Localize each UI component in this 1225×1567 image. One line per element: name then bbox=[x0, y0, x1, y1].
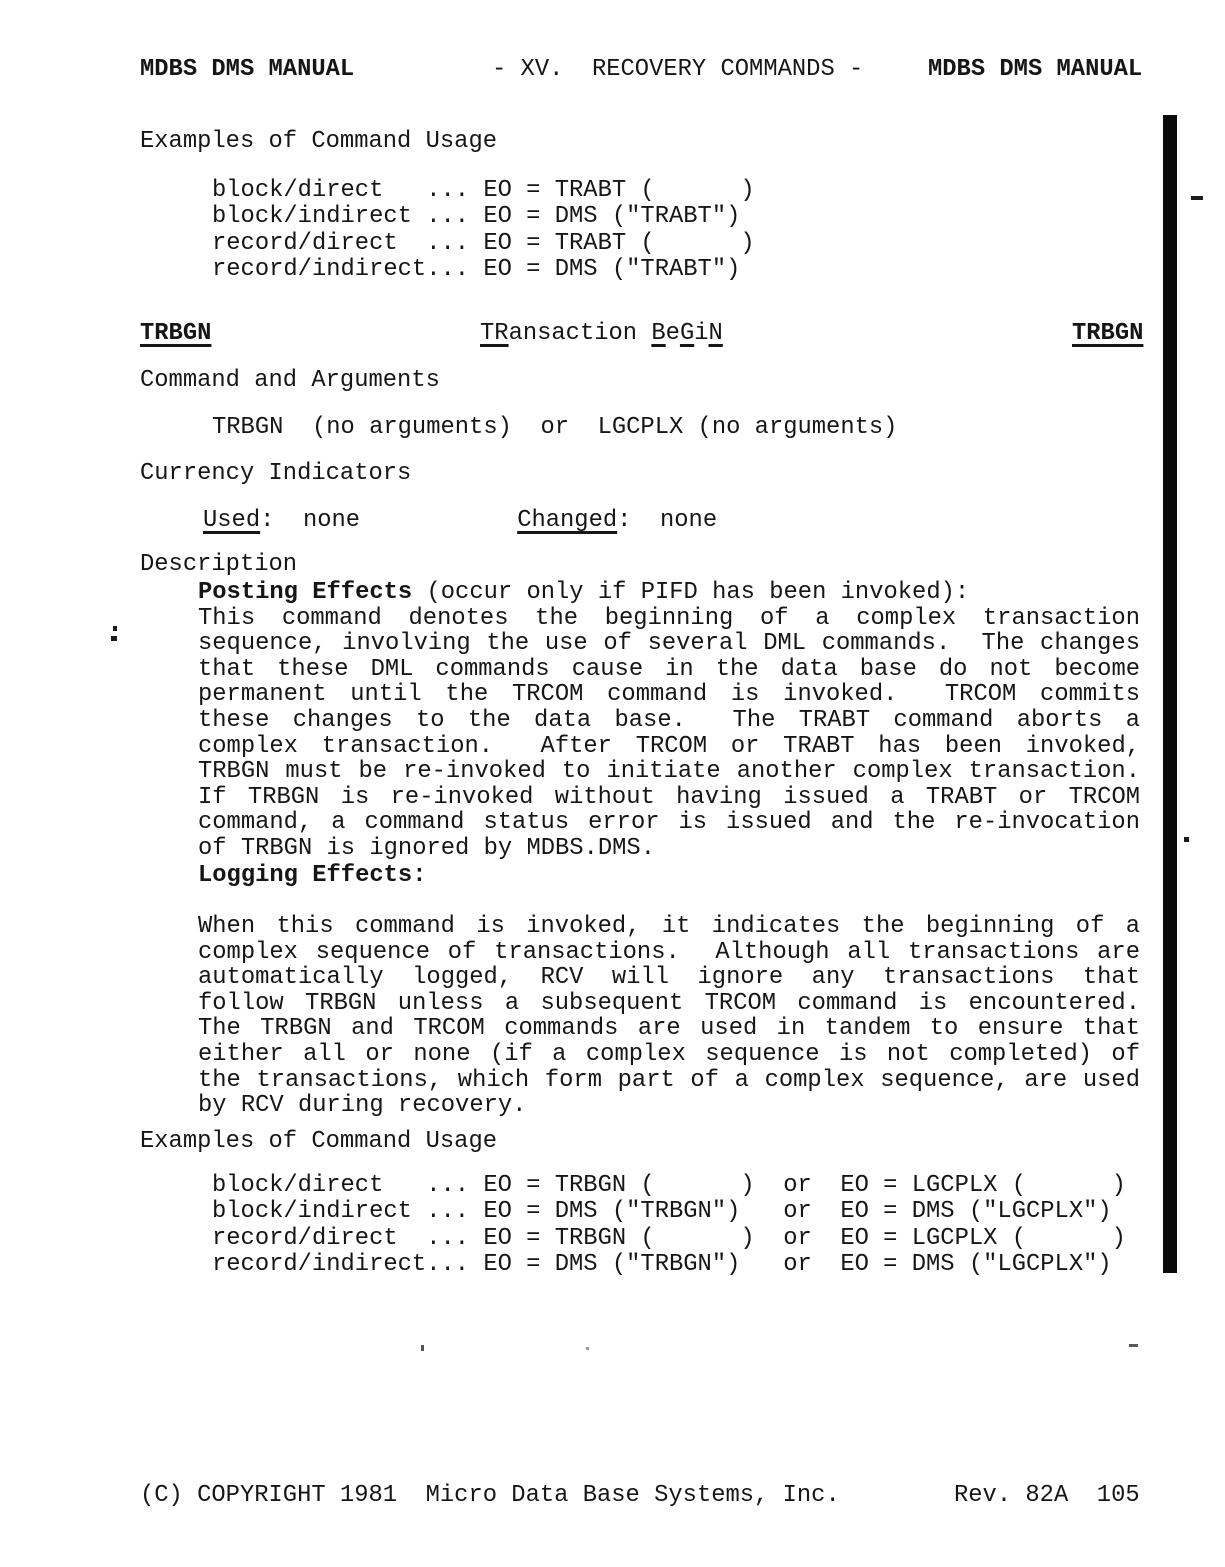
paragraph-logging-effects: When this command is invoked, it indicat… bbox=[198, 914, 1140, 1119]
scan-artifact-speck-2 bbox=[586, 1347, 589, 1350]
body-line: the transactions, which form part of a c… bbox=[198, 1068, 1140, 1094]
scan-edge-bar bbox=[1163, 115, 1177, 1273]
underlined-run: B bbox=[651, 320, 665, 347]
body-line: This command denotes the beginning of a … bbox=[198, 606, 1140, 632]
body-line: The TRBGN and TRCOM commands are used in… bbox=[198, 1016, 1140, 1042]
paragraph-posting-effects: Posting Effects (occur only if PIFD has … bbox=[198, 580, 1140, 862]
body-line: TRBGN must be re-invoked to initiate ano… bbox=[198, 759, 1140, 785]
text-run: : none bbox=[260, 507, 360, 534]
code-block-trabt: block/direct ... EO = TRABT ( )block/ind… bbox=[212, 177, 755, 283]
underlined-run: TR bbox=[480, 320, 509, 347]
code-line: record/direct ... EO = TRBGN ( ) or EO =… bbox=[212, 1225, 1126, 1251]
code-line: block/direct ... EO = TRABT ( ) bbox=[212, 177, 755, 203]
trbgn-heading-center: TRansaction BeGiN bbox=[480, 321, 723, 347]
underlined-run: N bbox=[709, 320, 723, 347]
trbgn-heading-right: TRBGN bbox=[1072, 321, 1143, 347]
header-right: MDBS DMS MANUAL bbox=[928, 57, 1142, 83]
body-line: by RCV during recovery. bbox=[198, 1093, 1140, 1119]
scan-artifact-dash bbox=[1191, 196, 1203, 200]
section-title-examples-2: Examples of Command Usage bbox=[140, 1129, 497, 1155]
scan-artifact-dot bbox=[1184, 837, 1189, 842]
body-line: If TRBGN is re-invoked without having is… bbox=[198, 785, 1140, 811]
body-line: either all or none (if a complex sequenc… bbox=[198, 1042, 1140, 1068]
scan-artifact-dash-2 bbox=[1129, 1344, 1138, 1347]
section-title-examples-1: Examples of Command Usage bbox=[140, 129, 497, 155]
text-run: e bbox=[666, 320, 680, 347]
manual-page: MDBS DMS MANUAL - XV. RECOVERY COMMANDS … bbox=[0, 0, 1225, 1567]
section-title-description: Description bbox=[140, 552, 297, 578]
code-line: block/direct ... EO = TRBGN ( ) or EO = … bbox=[212, 1172, 1126, 1198]
body-line: permanent until the TRCOM command is inv… bbox=[198, 682, 1140, 708]
scan-artifact-speck-1 bbox=[421, 1345, 424, 1351]
header-left: MDBS DMS MANUAL bbox=[140, 57, 354, 83]
logging-effects-title: Logging Effects: bbox=[198, 863, 427, 889]
body-line: complex sequence of transactions. Althou… bbox=[198, 940, 1140, 966]
text-run: : none bbox=[617, 507, 717, 534]
body-line: these changes to the data base. The TRAB… bbox=[198, 708, 1140, 734]
body-line: automatically logged, RCV will ignore an… bbox=[198, 965, 1140, 991]
scan-artifact-colon-top bbox=[113, 626, 117, 631]
section-title-command-args: Command and Arguments bbox=[140, 368, 440, 394]
bold-run: Posting Effects bbox=[198, 580, 412, 606]
code-block-trbgn: block/direct ... EO = TRBGN ( ) or EO = … bbox=[212, 1172, 1126, 1278]
text-run: i bbox=[694, 320, 708, 347]
code-line: block/indirect ... EO = DMS ("TRBGN") or… bbox=[212, 1198, 1126, 1224]
scan-artifact-colon-bottom bbox=[111, 636, 117, 641]
code-line: record/direct ... EO = TRABT ( ) bbox=[212, 230, 755, 256]
footer-revision-page: Rev. 82A 105 bbox=[954, 1483, 1140, 1509]
body-line: When this command is invoked, it indicat… bbox=[198, 914, 1140, 940]
code-line: block/indirect ... EO = DMS ("TRABT") bbox=[212, 203, 755, 229]
body-line: sequence, involving the use of several D… bbox=[198, 631, 1140, 657]
trbgn-heading-left: TRBGN bbox=[140, 321, 211, 347]
code-line: record/indirect... EO = DMS ("TRABT") bbox=[212, 256, 755, 282]
currency-line: Used: none Changed: none bbox=[203, 508, 717, 534]
header-center: - XV. RECOVERY COMMANDS - bbox=[492, 57, 863, 83]
command-args-line: TRBGN (no arguments) or LGCPLX (no argum… bbox=[212, 415, 897, 441]
body-line: complex transaction. After TRCOM or TRAB… bbox=[198, 734, 1140, 760]
text-run: ansaction bbox=[509, 320, 652, 347]
underlined-run: Changed bbox=[517, 507, 617, 534]
body-line: of TRBGN is ignored by MDBS.DMS. bbox=[198, 836, 1140, 862]
body-line: follow TRBGN unless a subsequent TRCOM c… bbox=[198, 991, 1140, 1017]
body-line: that these DML commands cause in the dat… bbox=[198, 657, 1140, 683]
body-line: command, a command status error is issue… bbox=[198, 810, 1140, 836]
code-line: record/indirect... EO = DMS ("TRBGN") or… bbox=[212, 1251, 1126, 1277]
body-line: Posting Effects (occur only if PIFD has … bbox=[198, 580, 1140, 606]
footer-copyright: (C) COPYRIGHT 1981 Micro Data Base Syste… bbox=[140, 1483, 840, 1509]
section-title-currency: Currency Indicators bbox=[140, 461, 411, 487]
underlined-run: Used bbox=[203, 507, 260, 534]
text-run bbox=[360, 507, 517, 534]
underlined-run: G bbox=[680, 320, 694, 347]
